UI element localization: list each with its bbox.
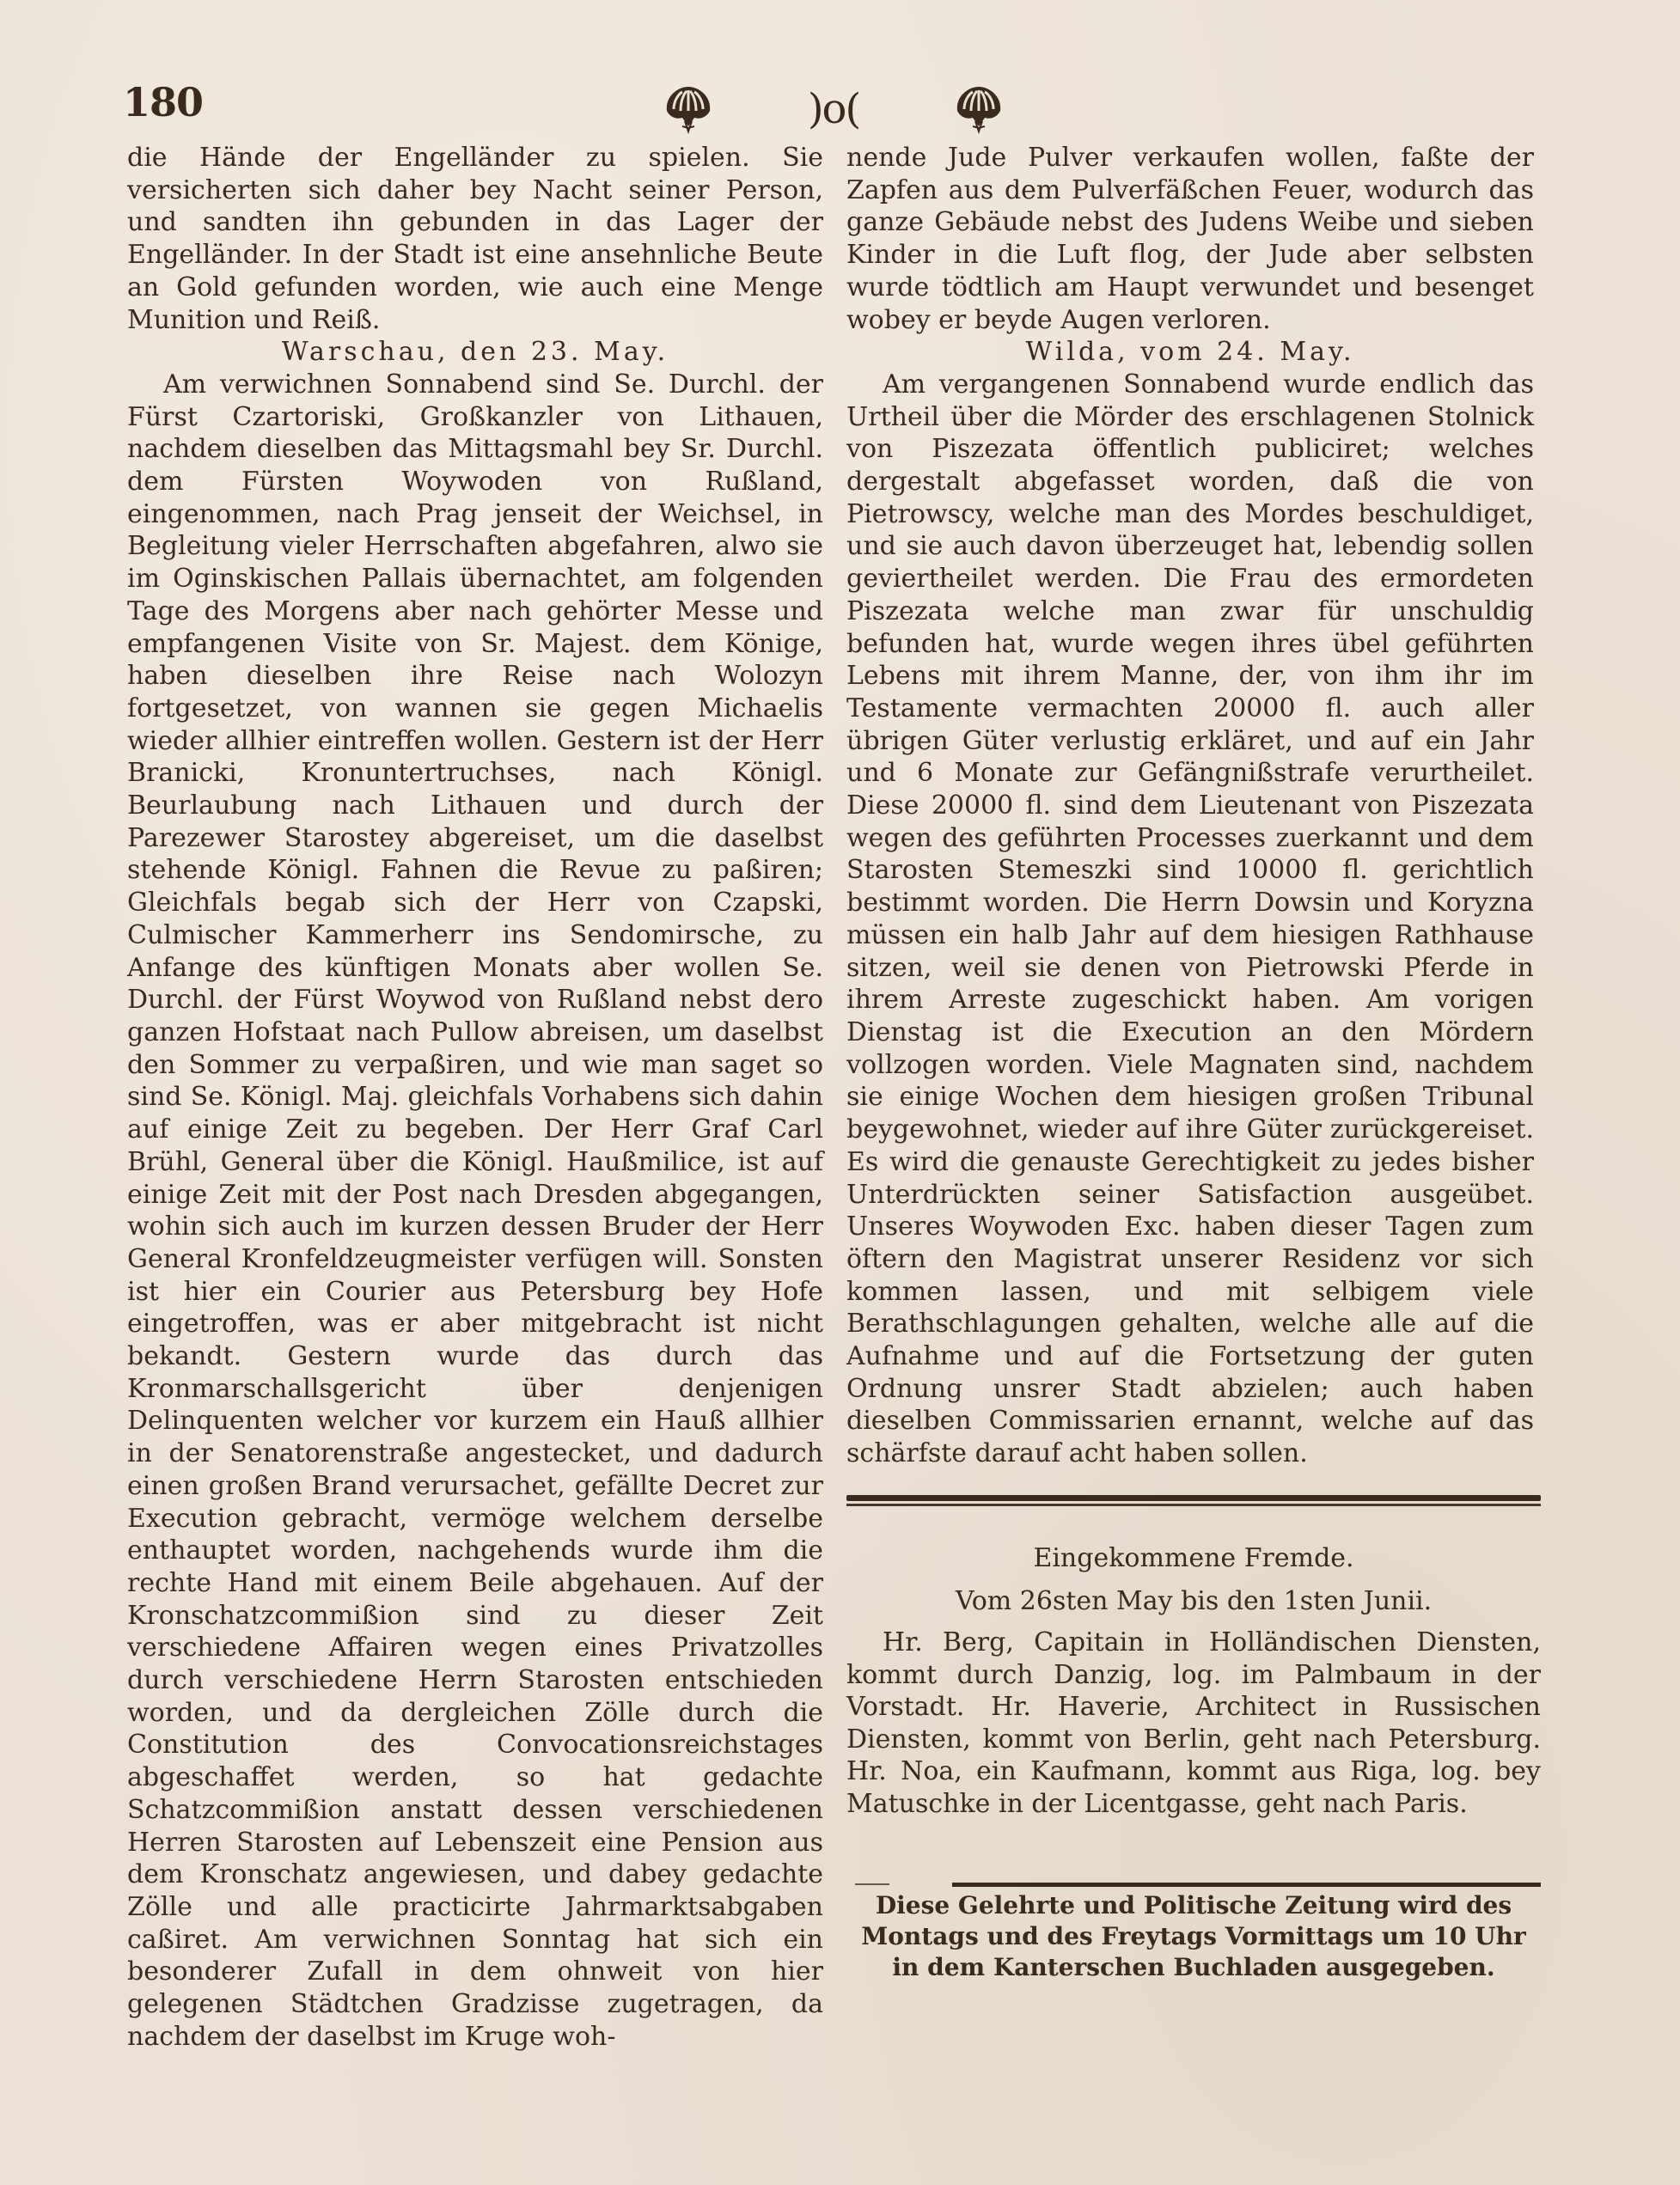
arrivals-date-range: Vom 26sten May bis den 1sten Junii.	[846, 1585, 1541, 1618]
double-rule-divider	[846, 1495, 1541, 1507]
dateline-wilda: Wilda, vom 24. May.	[846, 336, 1534, 369]
shell-icon	[662, 83, 715, 135]
left-column: die Hände der Engelländer zu spielen. Si…	[127, 142, 823, 2053]
rule-stub	[855, 1883, 889, 1885]
right-column: nende Jude Pulver verkaufen wollen, faßt…	[846, 142, 1534, 1470]
page-number: 180	[123, 82, 203, 122]
article-warschau: Am verwichnen Sonnabend sind Se. Durchl.…	[127, 369, 823, 2054]
newspaper-page: 180 )o( die Hände der Engelländer zu spi…	[0, 0, 1680, 2185]
continuation-paragraph: nende Jude Pulver verkaufen wollen, faßt…	[846, 142, 1534, 336]
colophon: Diese Gelehrte und Politische Zeitung wi…	[846, 1890, 1541, 1983]
article-wilda: Am vergangenen Sonnabend wurde endlich d…	[846, 369, 1534, 1470]
arrivals-list: Hr. Berg, Capitain in Holländischen Dien…	[846, 1627, 1541, 1820]
arrivals-title: Eingekommene Fremde.	[846, 1542, 1541, 1575]
continuation-paragraph: die Hände der Engelländer zu spielen. Si…	[127, 142, 823, 336]
center-ornament: )o(	[808, 88, 859, 130]
dateline-warschau: Warschau, den 23. May.	[127, 336, 823, 369]
header-ornament: )o(	[662, 79, 1005, 139]
shell-icon	[952, 83, 1005, 135]
single-rule-divider	[952, 1883, 1541, 1887]
